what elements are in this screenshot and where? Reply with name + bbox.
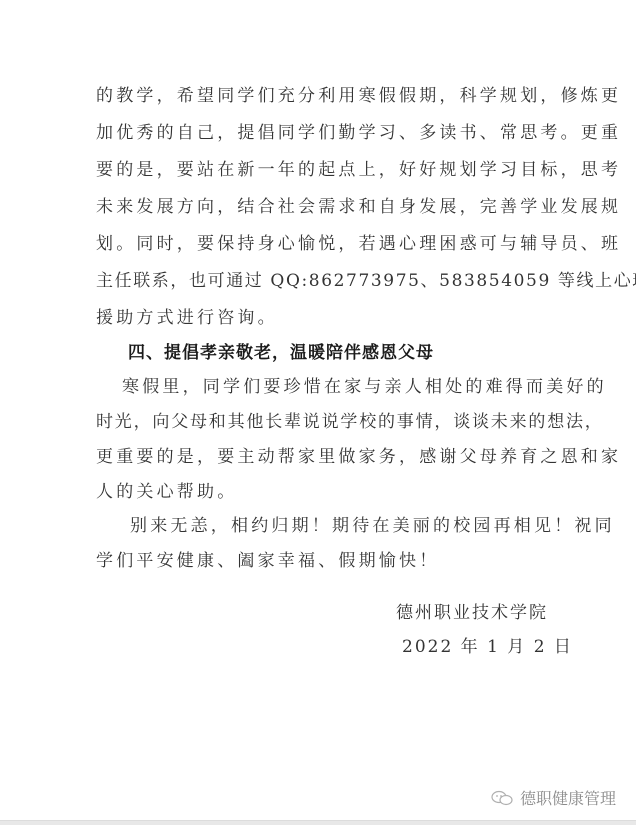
- body-line: 别来无恙，相约归期！期待在美丽的校园再相见！祝同: [130, 515, 590, 537]
- body-line: 援助方式进行咨询。: [96, 307, 556, 329]
- wechat-icon: [490, 789, 514, 807]
- body-line-contact: 主任联系，也可通过 QQ:862773975、583854059 等线上心理: [96, 270, 556, 292]
- body-line: 更重要的是，要主动帮家里做家务，感谢父母养育之恩和家: [96, 446, 556, 468]
- document-page: 的教学，希望同学们充分利用寒假假期，科学规划，修炼更 加优秀的自己，提倡同学们勤…: [0, 0, 636, 821]
- body-line: 加优秀的自己，提倡同学们勤学习、多读书、常思考。更重: [96, 122, 556, 144]
- watermark: 德职健康管理: [490, 786, 616, 809]
- watermark-label: 德职健康管理: [520, 786, 616, 809]
- section-heading: 四、提倡孝亲敬老，温暖陪伴感恩父母: [128, 342, 434, 364]
- signature-date: 2022 年 1 月 2 日: [402, 632, 573, 657]
- body-line: 要的是，要站在新一年的起点上，好好规划学习目标，思考: [96, 159, 556, 181]
- signature-organization: 德州职业技术学院: [396, 598, 548, 623]
- body-line: 寒假里，同学们要珍惜在家与亲人相处的难得而美好的: [122, 376, 582, 398]
- body-line: 的教学，希望同学们充分利用寒假假期，科学规划，修炼更: [96, 85, 556, 107]
- body-line: 时光，向父母和其他长辈说说学校的事情，谈谈未来的想法，: [96, 411, 556, 433]
- body-line: 学们平安健康、阖家幸福、假期愉快！: [96, 550, 556, 572]
- body-line: 划。同时，要保持身心愉悦，若遇心理困惑可与辅导员、班: [96, 233, 556, 255]
- body-line: 未来发展方向，结合社会需求和自身发展，完善学业发展规: [96, 196, 556, 218]
- body-line: 人的关心帮助。: [96, 481, 556, 503]
- bottom-divider: [0, 820, 636, 825]
